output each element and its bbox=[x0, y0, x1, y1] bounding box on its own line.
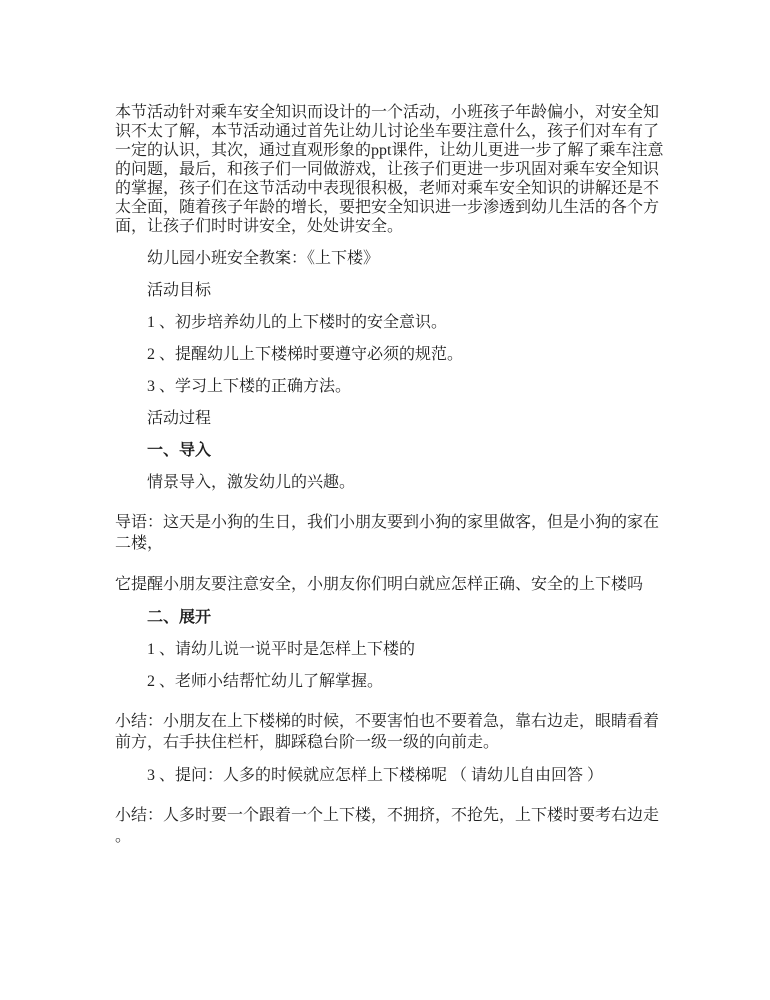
goal-item-1: 1 、初步培养幼儿的上下楼时的安全意识。 bbox=[115, 313, 667, 332]
process-heading: 活动过程 bbox=[115, 409, 667, 428]
section-one-heading: 一、导入 bbox=[115, 441, 667, 460]
reminder-paragraph: 它提醒小朋友要注意安全，小朋友你们明白就应怎样正确、安全的上下楼吗 bbox=[115, 574, 667, 595]
section-one-intro: 情景导入，激发幼儿的兴趣。 bbox=[115, 473, 667, 492]
lesson-title: 幼儿园小班安全教案：《上下楼》 bbox=[115, 249, 667, 268]
question-item: 3 、提问：人多的时候就应怎样上下楼梯呢 （ 请幼儿自由回答 ） bbox=[115, 766, 667, 785]
expand-item-2: 2 、老师小结帮忙幼儿了解掌握。 bbox=[115, 672, 667, 691]
lead-in-paragraph: 导语：这天是小狗的生日，我们小朋友要到小狗的家里做客，但是小狗的家在二楼， bbox=[115, 512, 667, 554]
goals-heading: 活动目标 bbox=[115, 281, 667, 300]
summary-paragraph-1: 小结：小朋友在上下楼梯的时候，不要害怕也不要着急，靠右边走，眼睛看着前方，右手扶… bbox=[115, 711, 667, 753]
summary-paragraph-2: 小结：人多时要一个跟着一个上下楼，不拥挤，不抢先，上下楼时要考右边走。 bbox=[115, 805, 667, 847]
document-content: 本节活动针对乘车安全知识而设计的一个活动，小班孩子年龄偏小，对安全知识不太了解，… bbox=[115, 103, 667, 860]
review-paragraph: 本节活动针对乘车安全知识而设计的一个活动，小班孩子年龄偏小，对安全知识不太了解，… bbox=[115, 103, 667, 236]
document-page: 本节活动针对乘车安全知识而设计的一个活动，小班孩子年龄偏小，对安全知识不太了解，… bbox=[0, 0, 770, 1000]
expand-item-1: 1 、请幼儿说一说平时是怎样上下楼的 bbox=[115, 640, 667, 659]
section-two-heading: 二、展开 bbox=[115, 608, 667, 627]
goal-item-3: 3 、学习上下楼的正确方法。 bbox=[115, 377, 667, 396]
goal-item-2: 2 、提醒幼儿上下楼梯时要遵守必须的规范。 bbox=[115, 345, 667, 364]
